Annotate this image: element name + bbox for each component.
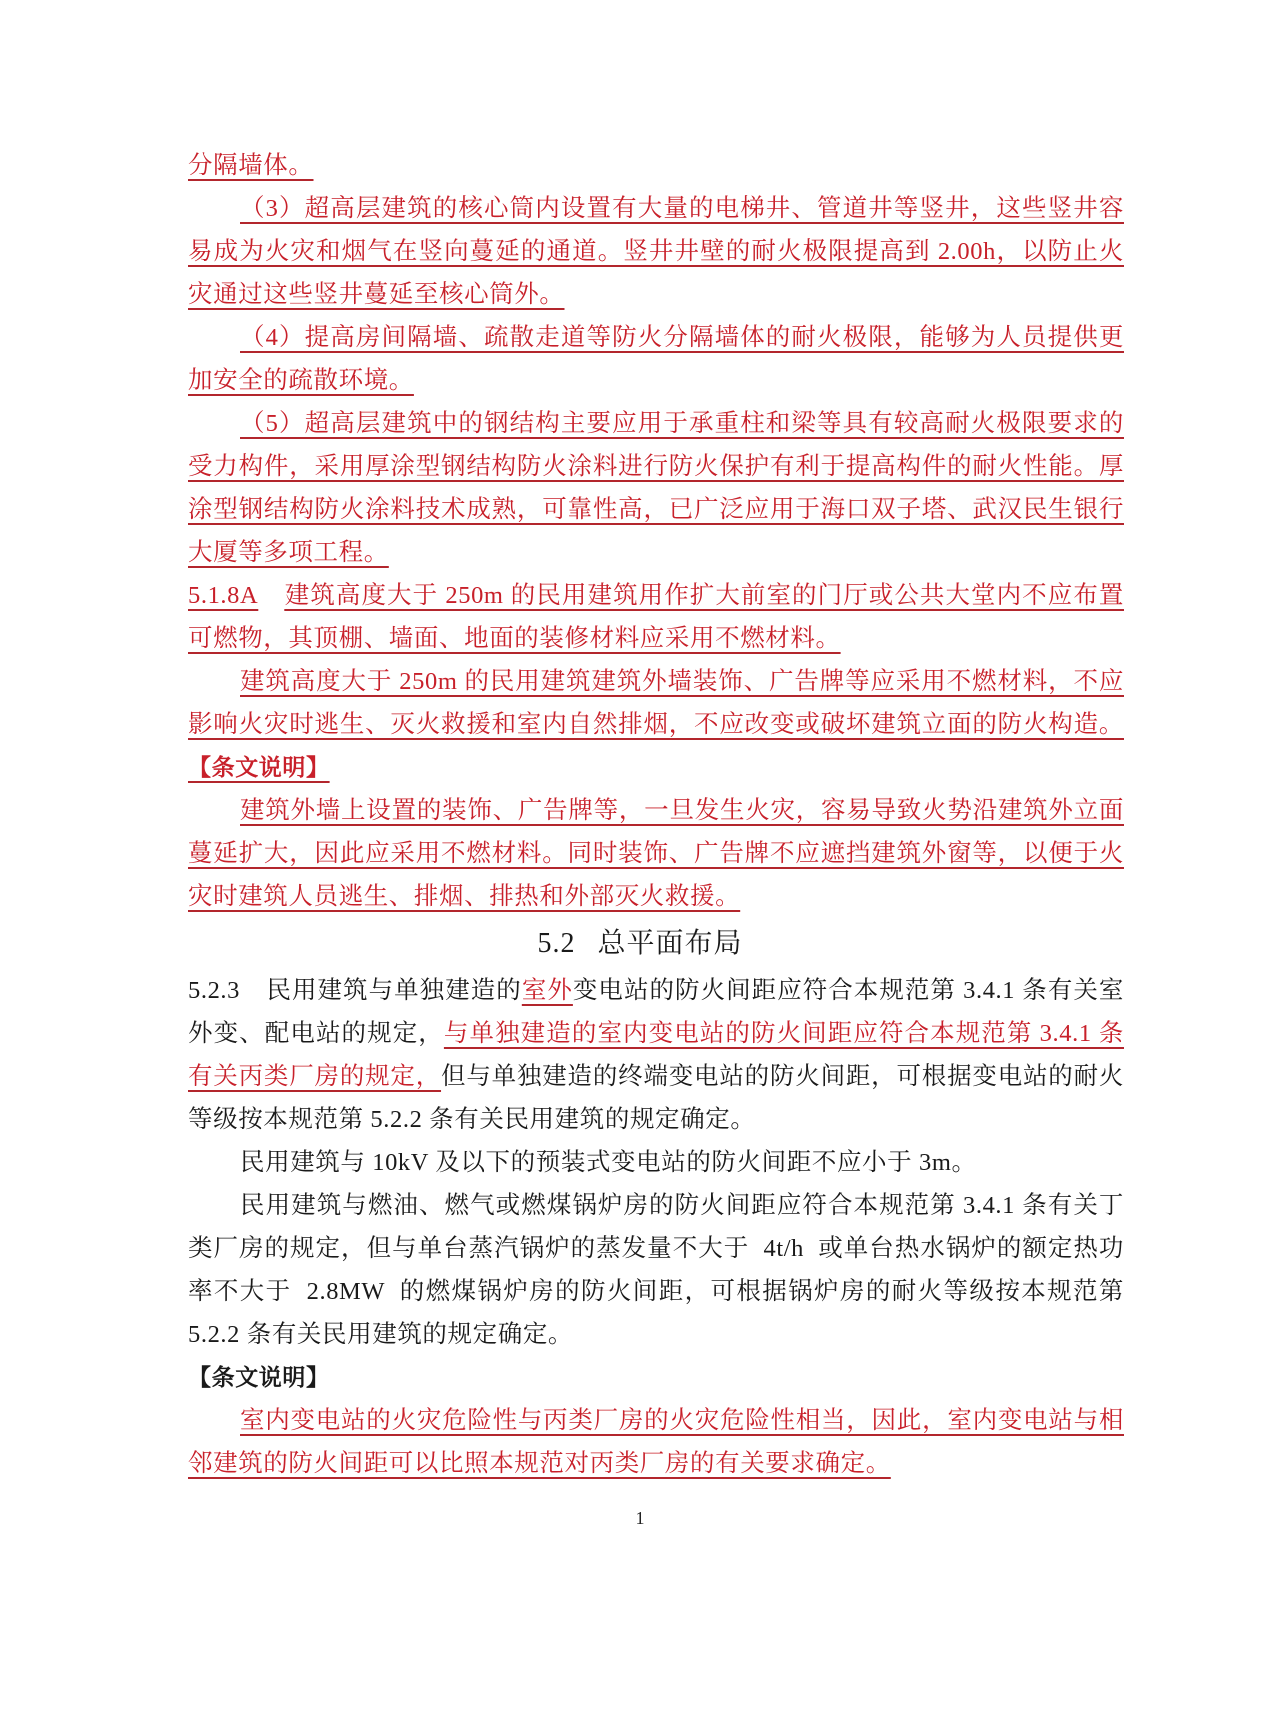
clause-note-label: 【条文说明】 (188, 752, 1124, 784)
body-text: 5.2.2 条有关民用建筑的规定确定。 (188, 1321, 573, 1348)
revised-text: （3）超高层建筑的核心筒内设置有大量的电梯井、管道井等竖井，这些竖井容 (240, 195, 1124, 222)
revised-text: 邻建筑的防火间距可以比照本规范对丙类厂房的有关要求确定。 (188, 1450, 891, 1477)
revised-text: 灾通过这些竖井蔓延至核心筒外。 (188, 281, 565, 308)
clause-paragraph: 民用建筑与燃油、燃气或燃煤锅炉房的防火间距应符合本规范第 3.4.1 条有关丁 (188, 1190, 1124, 1222)
body-text: 外变、配电站的规定， (188, 1020, 444, 1047)
revised-text: 易成为火灾和烟气在竖向蔓延的通道。竖井井壁的耐火极限提高到 2.00h，以防止火 (188, 238, 1124, 265)
body-text: 类厂房的规定，但与单台蒸汽锅炉的蒸发量不大于 4t/h 或单台热水锅炉的额定热功 (188, 1235, 1124, 1262)
paragraph-item-3: （3）超高层建筑的核心筒内设置有大量的电梯井、管道井等竖井，这些竖井容 (188, 193, 1124, 225)
text-line: 等级按本规范第 5.2.2 条有关民用建筑的规定确定。 (188, 1104, 1124, 1136)
text-line: 蔓延扩大，因此应采用不燃材料。同时装饰、广告牌不应遮挡建筑外窗等，以便于火 (188, 838, 1124, 870)
note-label: 【条文说明】 (188, 755, 330, 781)
body-text: 民用建筑与 10kV 及以下的预装式变电站的防火间距不应小于 3m。 (240, 1149, 977, 1176)
text-line: 灾时建筑人员逃生、排烟、排热和外部灭火救援。 (188, 881, 1124, 913)
body-text: 民用建筑与燃油、燃气或燃煤锅炉房的防火间距应符合本规范第 3.4.1 条有关丁 (240, 1192, 1124, 1219)
page-number: 1 (0, 1508, 1280, 1529)
text-line: 灾通过这些竖井蔓延至核心筒外。 (188, 279, 1124, 311)
clause-paragraph: 建筑高度大于 250m 的民用建筑建筑外墙装饰、广告牌等应采用不燃材料，不应 (188, 666, 1124, 698)
clause-5-1-8a: 5.1.8A建筑高度大于 250m 的民用建筑用作扩大前室的门厅或公共大堂内不应… (188, 580, 1124, 612)
revised-text: 大厦等多项工程。 (188, 539, 389, 566)
text-line: 5.2.2 条有关民用建筑的规定确定。 (188, 1319, 1124, 1351)
text-line: 有关丙类厂房的规定，但与单独建造的终端变电站的防火间距，可根据变电站的耐火 (188, 1061, 1124, 1093)
body-text: 变电站的防火间距应符合本规范第 3.4.1 条有关室 (573, 977, 1124, 1004)
revised-text: 有关丙类厂房的规定， (188, 1063, 441, 1090)
body-text: 等级按本规范第 5.2.2 条有关民用建筑的规定确定。 (188, 1106, 755, 1133)
clause-paragraph: 民用建筑与 10kV 及以下的预装式变电站的防火间距不应小于 3m。 (188, 1147, 1124, 1179)
paragraph-item-4: （4）提高房间隔墙、疏散走道等防火分隔墙体的耐火极限，能够为人员提供更 (188, 322, 1124, 354)
note-label: 【条文说明】 (188, 1365, 330, 1391)
note-paragraph: 室内变电站的火灾危险性与丙类厂房的火灾危险性相当，因此，室内变电站与相 (188, 1405, 1124, 1437)
body-text: 民用建筑与单独建造的 (266, 977, 522, 1004)
text-line: 类厂房的规定，但与单台蒸汽锅炉的蒸发量不大于 4t/h 或单台热水锅炉的额定热功 (188, 1233, 1124, 1265)
revised-text: 室外 (522, 977, 573, 1004)
text-line: 率不大于 2.8MW 的燃煤锅炉房的防火间距，可根据锅炉房的耐火等级按本规范第 (188, 1276, 1124, 1308)
revised-text: （4）提高房间隔墙、疏散走道等防火分隔墙体的耐火极限，能够为人员提供更 (240, 324, 1124, 351)
revised-text: （5）超高层建筑中的钢结构主要应用于承重柱和梁等具有较高耐火极限要求的 (240, 410, 1124, 437)
text-line: 分隔墙体。 (188, 150, 1124, 182)
text-line: 邻建筑的防火间距可以比照本规范对丙类厂房的有关要求确定。 (188, 1448, 1124, 1480)
clause-number: 5.1.8A (188, 582, 258, 609)
note-paragraph: 建筑外墙上设置的装饰、广告牌等，一旦发生火灾，容易导致火势沿建筑外立面 (188, 795, 1124, 827)
revised-text: 蔓延扩大，因此应采用不燃材料。同时装饰、广告牌不应遮挡建筑外窗等，以便于火 (188, 840, 1124, 867)
revised-text: 建筑外墙上设置的装饰、广告牌等，一旦发生火灾，容易导致火势沿建筑外立面 (240, 797, 1124, 824)
text-line: 大厦等多项工程。 (188, 537, 1124, 569)
text-line: 涂型钢结构防火涂料技术成熟，可靠性高，已广泛应用于海口双子塔、武汉民生银行 (188, 494, 1124, 526)
revised-text: 灾时建筑人员逃生、排烟、排热和外部灭火救援。 (188, 883, 740, 910)
body-text: 但与单独建造的终端变电站的防火间距，可根据变电站的耐火 (441, 1063, 1124, 1090)
paragraph-item-5: （5）超高层建筑中的钢结构主要应用于承重柱和梁等具有较高耐火极限要求的 (188, 408, 1124, 440)
text-line: 受力构件，采用厚涂型钢结构防火涂料进行防火保护有利于提高构件的耐火性能。厚 (188, 451, 1124, 483)
text-line: 影响火灾时逃生、灭火救援和室内自然排烟，不应改变或破坏建筑立面的防火构造。 (188, 709, 1124, 741)
revised-text: 建筑高度大于 250m 的民用建筑用作扩大前室的门厅或公共大堂内不应布置 (284, 582, 1124, 609)
section-title: 总平面布局 (597, 926, 742, 959)
text-line: 易成为火灾和烟气在竖向蔓延的通道。竖井井壁的耐火极限提高到 2.00h，以防止火 (188, 236, 1124, 268)
revised-text: 加安全的疏散环境。 (188, 367, 414, 394)
revised-text: 可燃物，其顶棚、墙面、地面的装修材料应采用不燃材料。 (188, 625, 841, 652)
text-line: 加安全的疏散环境。 (188, 365, 1124, 397)
document-page: 分隔墙体。 （3）超高层建筑的核心筒内设置有大量的电梯井、管道井等竖井，这些竖井… (0, 0, 1280, 1728)
revised-text: 影响火灾时逃生、灭火救援和室内自然排烟，不应改变或破坏建筑立面的防火构造。 (188, 711, 1124, 738)
text-line: 外变、配电站的规定，与单独建造的室内变电站的防火间距应符合本规范第 3.4.1 … (188, 1018, 1124, 1050)
clause-number: 5.2.3 (188, 977, 240, 1004)
section-number: 5.2 (537, 928, 575, 959)
revised-text: 建筑高度大于 250m 的民用建筑建筑外墙装饰、广告牌等应采用不燃材料，不应 (240, 668, 1124, 695)
revised-text: 分隔墙体。 (188, 152, 314, 179)
clause-5-2-3: 5.2.3民用建筑与单独建造的室外变电站的防火间距应符合本规范第 3.4.1 条… (188, 975, 1124, 1007)
revised-text: 涂型钢结构防火涂料技术成熟，可靠性高，已广泛应用于海口双子塔、武汉民生银行 (188, 496, 1124, 523)
text-line: 可燃物，其顶棚、墙面、地面的装修材料应采用不燃材料。 (188, 623, 1124, 655)
revised-text: 与单独建造的室内变电站的防火间距应符合本规范第 3.4.1 条 (444, 1020, 1124, 1047)
clause-note-label: 【条文说明】 (188, 1362, 1124, 1394)
revised-text: 受力构件，采用厚涂型钢结构防火涂料进行防火保护有利于提高构件的耐火性能。厚 (188, 453, 1124, 480)
body-text: 率不大于 2.8MW 的燃煤锅炉房的防火间距，可根据锅炉房的耐火等级按本规范第 (188, 1278, 1124, 1305)
section-heading: 5.2总平面布局 (0, 925, 1280, 962)
revised-text: 室内变电站的火灾危险性与丙类厂房的火灾危险性相当，因此，室内变电站与相 (240, 1407, 1124, 1434)
